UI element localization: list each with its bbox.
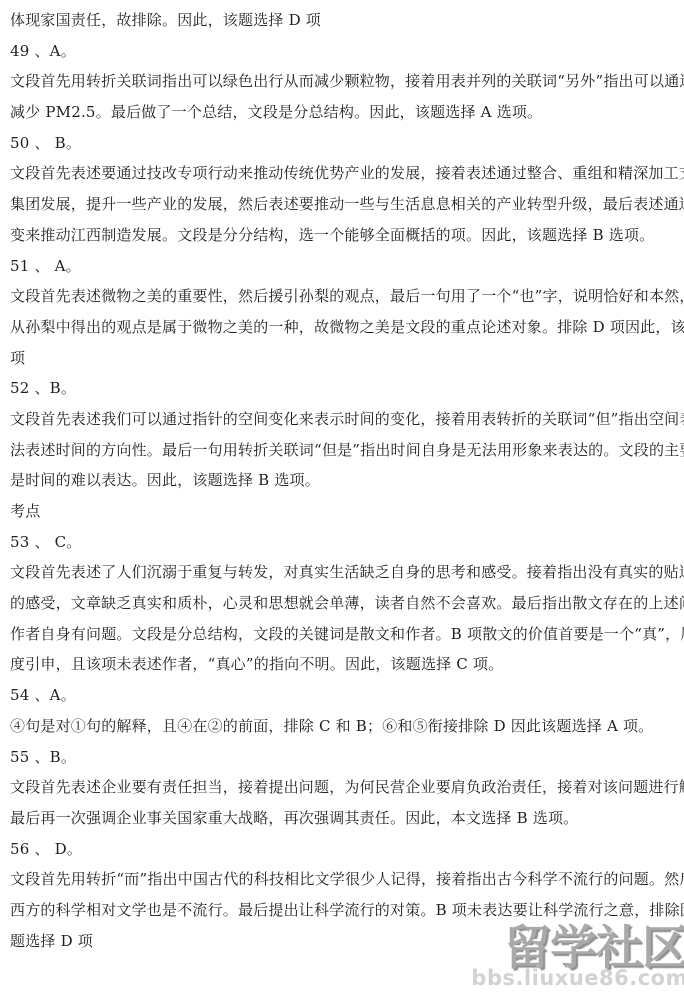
answer-line-55: 55 、B。 bbox=[10, 742, 678, 773]
explanation-line: 文段首先表述企业要有责任担当，接着提出问题，为何民营企业要肩负政治责任，接着对该… bbox=[10, 772, 678, 803]
answer-line-56: 56 、 D。 bbox=[10, 834, 678, 865]
explanation-line: 最后再一次强调企业事关国家重大战略，再次强调其责任。因此，本文选择 B 选项。 bbox=[10, 803, 678, 834]
explanation-line: ④句是对①句的解释，且④在②的前面，排除 C 和 B；⑥和⑤衔接排除 D 因此该… bbox=[10, 711, 678, 742]
explanation-line: 体现家国责任，故排除。因此，该题选择 D 项 bbox=[10, 5, 678, 36]
explanation-line: 作者自身有问题。文段是分总结构，文段的关键词是散文和作者。B 项散文的价值首要是… bbox=[10, 619, 678, 650]
answer-line-49: 49 、A。 bbox=[10, 36, 678, 67]
explanation-line: 题选择 D 项 bbox=[10, 926, 678, 957]
explanation-line: 文段首先表述我们可以通过指针的空间变化来表示时间的变化，接着用表转折的关联词“但… bbox=[10, 404, 678, 435]
explanation-line: 集团发展，提升一些产业的发展，然后表述要推动一些与生活息息相关的产业转型升级，最… bbox=[10, 189, 678, 220]
explanation-line: 从孙梨中得出的观点是属于微物之美的一种，故微物之美是文段的重点论述对象。排除 D… bbox=[10, 312, 678, 343]
explanation-line: 西方的科学相对文学也是不流行。最后提出让科学流行的对策。B 项未表达要让科学流行… bbox=[10, 895, 678, 926]
explanation-line: 文段首先用转折“而”指出中国古代的科技相比文学很少人记得，接着指出古今科学不流行… bbox=[10, 864, 678, 895]
watermark-site-url: bbs.liuxue86.com bbox=[471, 966, 684, 990]
section-heading-kaodian: 考点 bbox=[10, 496, 678, 527]
explanation-line: 法表述时间的方向性。最后一句用转折关联词“但是”指出时间自身是无法用形象来表达的… bbox=[10, 435, 678, 466]
explanation-line: 文段首先表述了人们沉溺于重复与转发，对真实生活缺乏自身的思考和感受。接着指出没有… bbox=[10, 557, 678, 588]
explanation-line: 是时间的难以表达。因此，该题选择 B 选项。 bbox=[10, 465, 678, 496]
explanation-line: 减少 PM2.5。最后做了一个总结，文段是分总结构。因此，该题选择 A 选项。 bbox=[10, 97, 678, 128]
answer-line-50: 50 、 B。 bbox=[10, 128, 678, 159]
explanation-line: 项 bbox=[10, 343, 678, 374]
explanation-line: 文段首先表述微物之美的重要性，然后援引孙梨的观点，最后一句用了一个“也”字，说明… bbox=[10, 281, 678, 312]
explanation-line: 的感受，文章缺乏真实和质朴，心灵和思想就会单薄，读者自然不会喜欢。最后指出散文存… bbox=[10, 588, 678, 619]
explanation-line: 文段首先表述要通过技改专项行动来推动传统优势产业的发展，接着表述通过整合、重组和… bbox=[10, 158, 678, 189]
explanation-line: 文段首先用转折关联词指出可以绿色出行从而减少颗粒物，接着用表并列的关联词“另外”… bbox=[10, 66, 678, 97]
answer-line-51: 51 、 A。 bbox=[10, 251, 678, 282]
answer-line-52: 52 、B。 bbox=[10, 373, 678, 404]
answer-line-53: 53 、 C。 bbox=[10, 527, 678, 558]
explanation-line: 度引申，且该项未表述作者，“真心”的指向不明。因此，该题选择 C 项。 bbox=[10, 649, 678, 680]
answer-explanations-document: 体现家国责任，故排除。因此，该题选择 D 项 49 、A。 文段首先用转折关联词… bbox=[0, 0, 684, 956]
answer-line-54: 54 、A。 bbox=[10, 680, 678, 711]
explanation-line: 变来推动江西制造发展。文段是分分结构，选一个能够全面概括的项。因此，该题选择 B… bbox=[10, 220, 678, 251]
